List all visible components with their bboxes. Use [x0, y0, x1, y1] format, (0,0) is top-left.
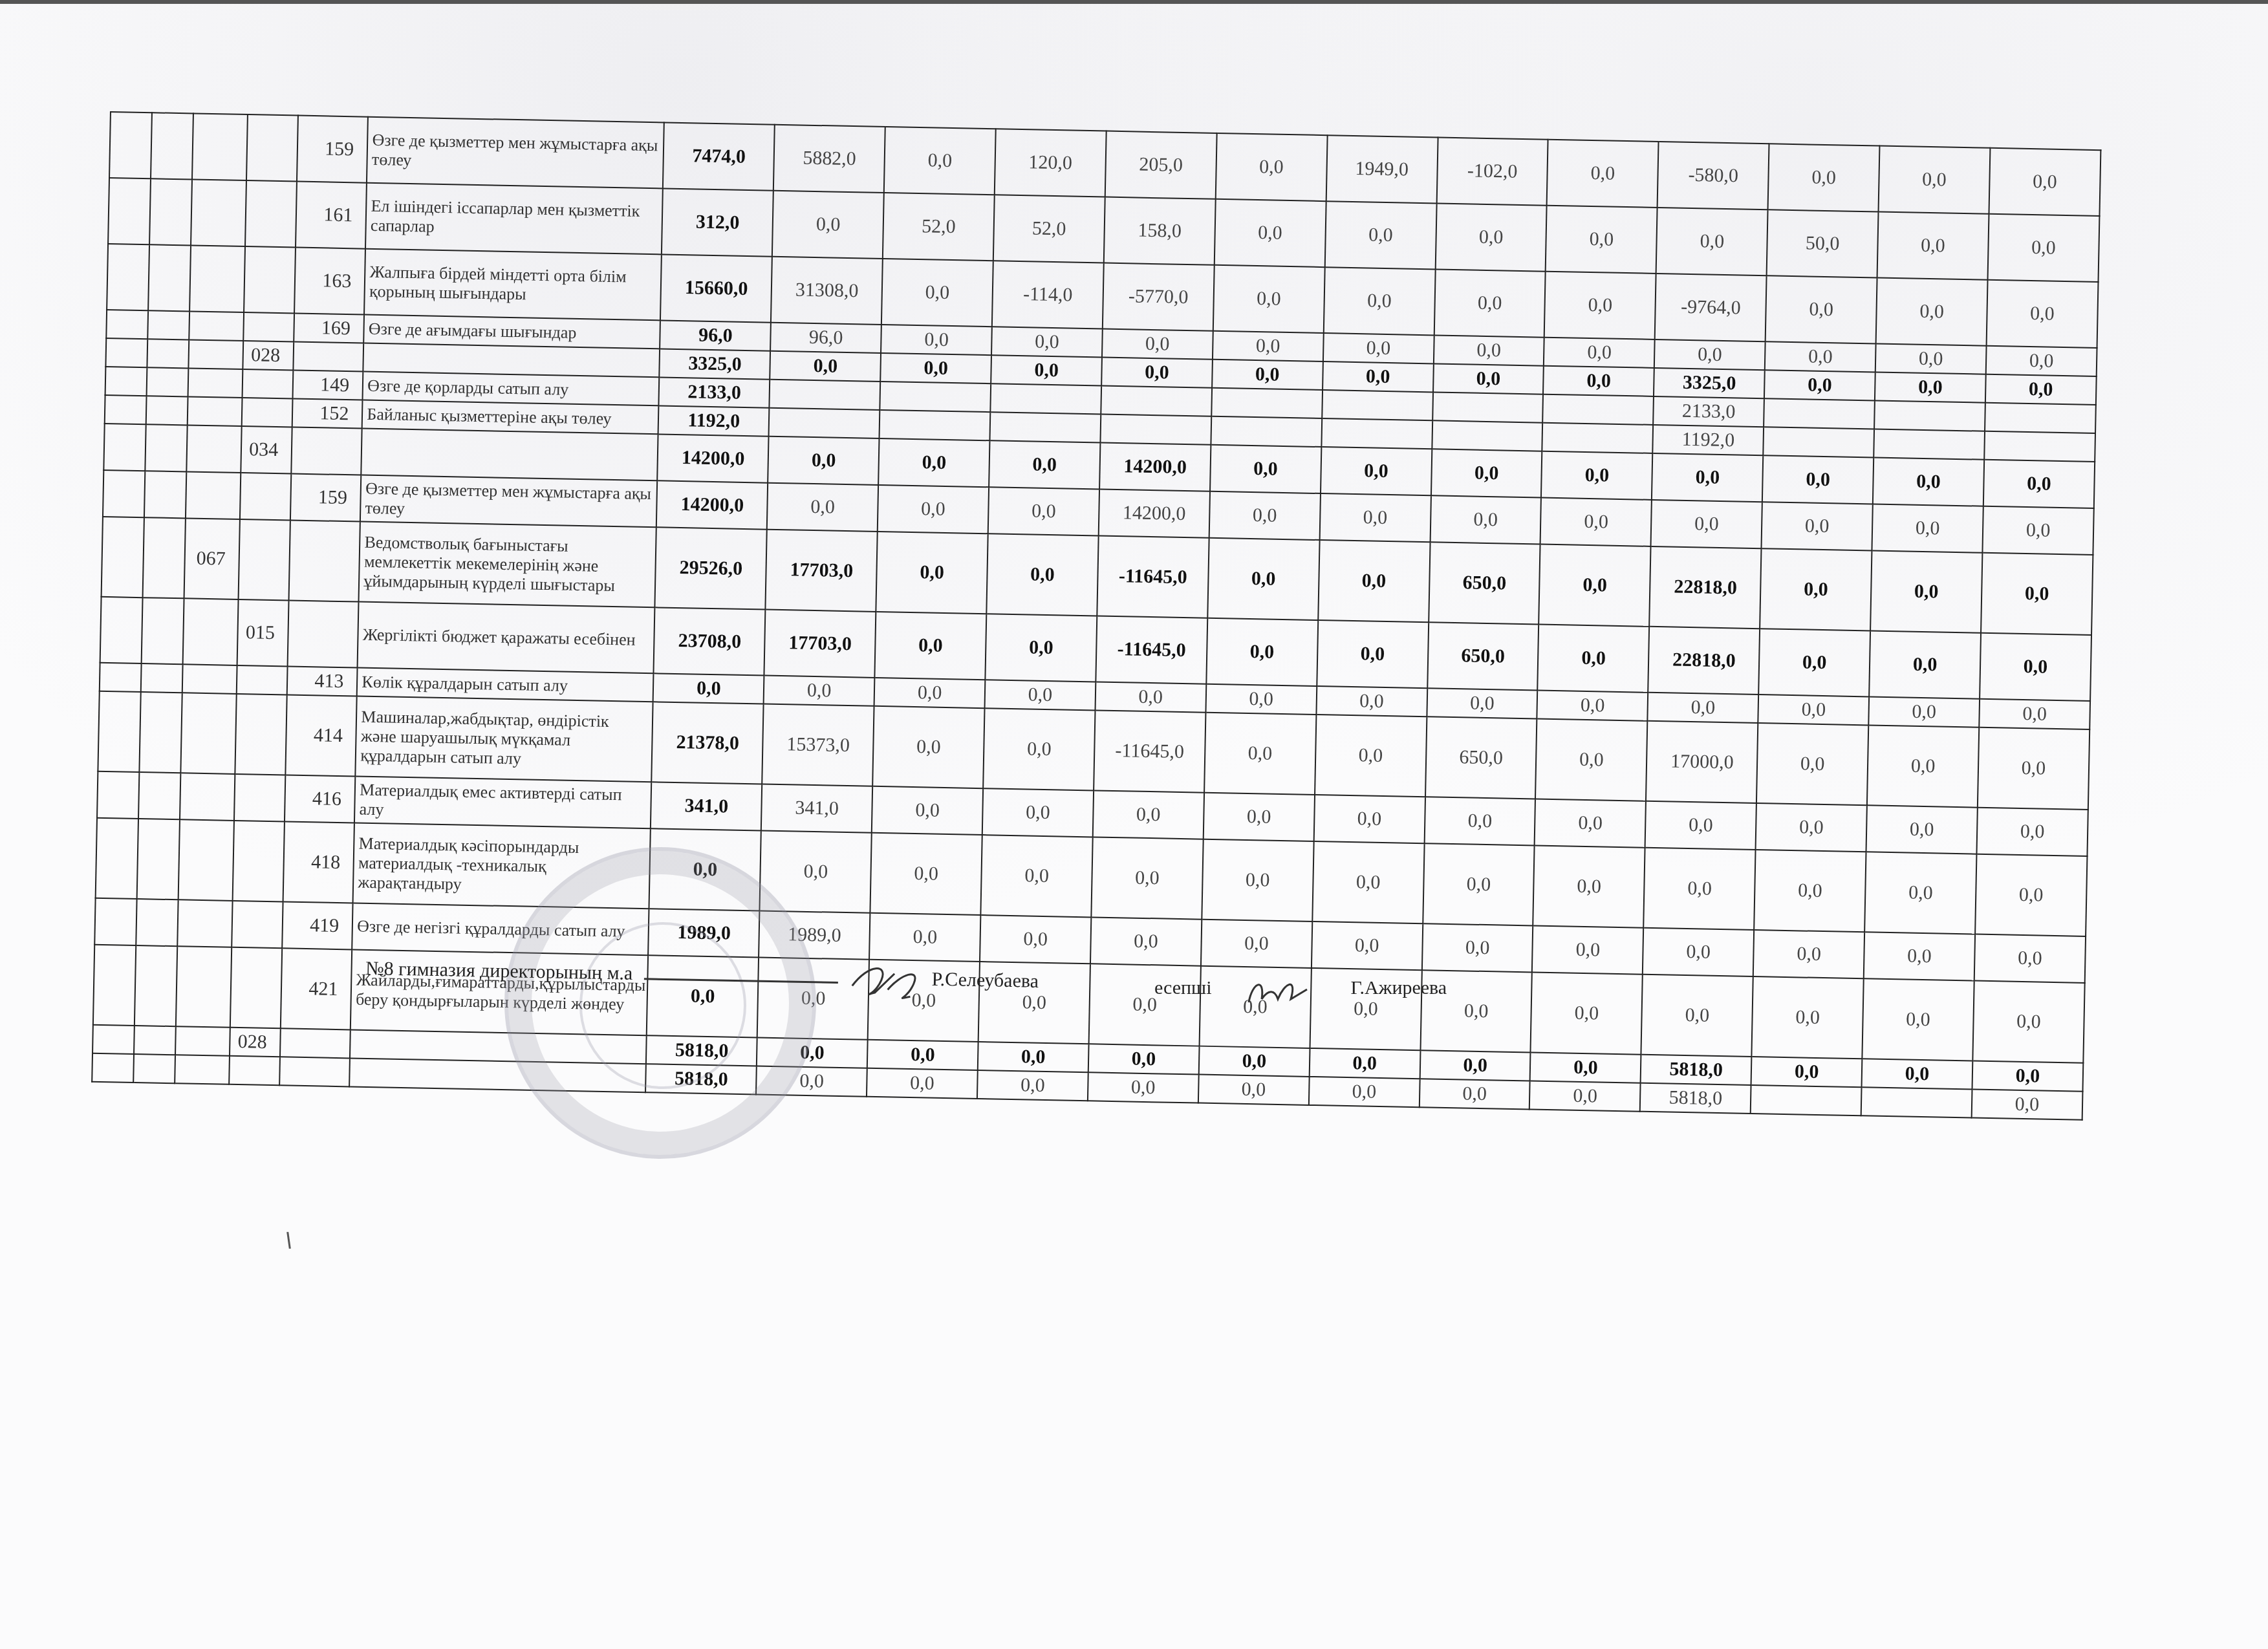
code-cell-2	[147, 339, 189, 368]
value-cell: 0,0	[1546, 206, 1658, 274]
program-code-cell	[180, 773, 235, 821]
value-cell: 0,0	[1529, 1081, 1641, 1111]
value-cell: 0,0	[653, 673, 764, 704]
subprogram-code-cell	[245, 180, 297, 247]
value-cell: 0,0	[1879, 146, 1991, 214]
value-cell: 0,0	[1216, 133, 1328, 201]
value-cell: 0,0	[1423, 843, 1535, 925]
code-cell-1	[103, 470, 145, 517]
code-cell-2	[133, 1054, 175, 1083]
item-name-cell: Материалдық емес активтерді сатып алу	[354, 776, 651, 828]
value-cell: 50,0	[1767, 210, 1879, 277]
value-cell	[1543, 394, 1654, 425]
specifics-code-cell	[280, 1028, 351, 1058]
value-cell: 0,0	[1531, 972, 1643, 1054]
value-cell: 0,0	[1537, 691, 1648, 721]
value-cell: 15373,0	[762, 704, 874, 786]
value-cell: 0,0	[1656, 208, 1768, 275]
value-cell: 0,0	[1209, 491, 1320, 540]
value-cell: 0,0	[1532, 925, 1643, 974]
program-code-cell	[178, 819, 234, 901]
value-cell: 0,0	[872, 786, 983, 835]
value-cell: 2133,0	[1653, 396, 1764, 427]
value-cell: -11645,0	[1096, 616, 1207, 684]
code-cell-1	[98, 691, 140, 772]
program-code-cell	[187, 396, 242, 426]
value-cell: 0,0	[1212, 360, 1323, 390]
value-cell: 0,0	[1535, 719, 1647, 801]
item-name-cell: Машиналар,жабдықтар, өндірістік және шар…	[356, 696, 653, 782]
value-cell: 1192,0	[658, 405, 770, 436]
director-signature-icon	[849, 960, 927, 1000]
value-cell: 0,0	[1201, 920, 1312, 968]
specifics-code-cell: 161	[296, 182, 367, 249]
value-cell: 0,0	[1869, 630, 1981, 698]
value-cell: 0,0	[1864, 852, 1976, 934]
value-cell: 0,0	[1989, 148, 2101, 216]
subprogram-code-cell	[229, 1056, 280, 1085]
specifics-code-cell: 169	[294, 314, 364, 343]
program-code-cell	[192, 113, 248, 180]
item-name-cell: Жергілікті бюджет қаражаты есебінен	[358, 602, 655, 674]
item-name-cell: Өзге де қызметтер мен жұмыстарға ақы төл…	[367, 117, 664, 189]
specifics-code-cell: 416	[285, 775, 355, 823]
value-cell: 0,0	[1317, 620, 1429, 688]
value-cell: 0,0	[1651, 500, 1762, 548]
value-cell: 31308,0	[771, 257, 883, 325]
value-cell: 17703,0	[766, 530, 878, 612]
value-cell: 0,0	[1101, 358, 1213, 388]
item-name-cell: Жалпыға бірдей міндетті орта білім қорын…	[364, 249, 662, 321]
subprogram-code-cell	[243, 312, 294, 341]
value-cell: 0,0	[1213, 331, 1324, 361]
specifics-code-cell: 163	[294, 248, 365, 315]
value-cell: 0,0	[1539, 544, 1651, 627]
value-cell: 22818,0	[1648, 627, 1760, 695]
value-cell: 0,0	[1877, 212, 1989, 280]
value-cell	[1984, 431, 2095, 462]
value-cell: 0,0	[1213, 265, 1325, 333]
stamp-inner-ring	[579, 922, 746, 1089]
code-cell-2	[147, 310, 189, 339]
value-cell: 0,0	[1751, 1057, 1863, 1087]
code-cell-1	[105, 338, 147, 367]
value-cell: 5818,0	[1641, 1055, 1752, 1085]
value-cell: 0,0	[1198, 1075, 1310, 1105]
value-cell	[1432, 420, 1543, 451]
value-cell: 0,0	[1319, 493, 1431, 542]
value-cell: 96,0	[770, 323, 881, 353]
code-cell-2	[138, 772, 180, 819]
value-cell: 0,0	[1420, 1050, 1531, 1081]
director-name: Р.Селеубаева	[931, 969, 1039, 992]
value-cell: 0,0	[1324, 201, 1436, 269]
value-cell: 0,0	[1654, 339, 1766, 370]
value-cell: 0,0	[980, 915, 1091, 964]
value-cell: 0,0	[1862, 978, 1974, 1061]
value-cell: 0,0	[884, 127, 996, 195]
value-cell: 14200,0	[1099, 489, 1210, 537]
value-cell: 0,0	[881, 259, 993, 327]
value-cell: 0,0	[1215, 199, 1326, 267]
value-cell: 15660,0	[660, 254, 772, 322]
program-code-cell	[186, 471, 241, 519]
value-cell	[880, 382, 991, 412]
value-cell	[1763, 427, 1874, 457]
value-cell	[880, 410, 991, 440]
code-cell-2	[139, 692, 182, 773]
value-cell	[1321, 418, 1432, 449]
signature-line	[644, 978, 838, 984]
program-code-cell	[182, 598, 238, 665]
value-cell: 0,0	[878, 438, 989, 487]
code-cell-1	[100, 597, 143, 663]
value-cell: 52,0	[993, 195, 1105, 263]
item-name-cell: Ведомстволық бағыныстағы мемлекеттік мек…	[359, 522, 656, 608]
code-cell-1	[100, 663, 142, 692]
value-cell: 0,0	[1421, 923, 1533, 972]
code-cell-1	[103, 424, 146, 471]
value-cell: 0,0	[1758, 629, 1870, 696]
specifics-code-cell	[294, 342, 364, 372]
code-cell-1	[94, 898, 136, 945]
value-cell: 0,0	[874, 678, 986, 708]
value-cell: 0,0	[1641, 975, 1753, 1057]
value-cell	[1100, 415, 1211, 445]
value-cell: 0,0	[880, 353, 991, 383]
value-cell: 0,0	[991, 327, 1103, 357]
value-cell: 0,0	[977, 1070, 1088, 1101]
value-cell: 0,0	[1753, 930, 1864, 978]
code-cell-2	[146, 367, 188, 396]
value-cell: 0,0	[1323, 361, 1434, 392]
value-cell	[1985, 403, 2096, 433]
value-cell: 0,0	[1540, 498, 1652, 546]
value-cell: 0,0	[1312, 841, 1424, 923]
value-cell: 0,0	[1088, 1044, 1200, 1074]
value-cell: 0,0	[1430, 495, 1541, 544]
value-cell: 0,0	[1762, 455, 1874, 504]
value-cell: 0,0	[1974, 934, 2086, 983]
program-code-cell	[175, 946, 232, 1028]
value-cell: 0,0	[1316, 686, 1427, 717]
value-cell: 0,0	[1434, 269, 1546, 337]
value-cell: 0,0	[1210, 445, 1321, 493]
value-cell: 0,0	[1979, 699, 2090, 729]
subprogram-code-cell	[237, 665, 288, 695]
value-cell: 1192,0	[1653, 425, 1764, 455]
value-cell: 0,0	[768, 436, 879, 485]
value-cell: 0,0	[988, 487, 1099, 535]
program-code-cell	[189, 245, 245, 312]
value-cell	[1211, 388, 1323, 418]
value-cell: 14200,0	[656, 480, 768, 529]
value-cell: 0,0	[1207, 538, 1319, 620]
accountant-name: Г.Ажиреева	[1351, 977, 1447, 998]
value-cell: 0,0	[1762, 502, 1873, 550]
subprogram-code-cell	[242, 398, 293, 427]
value-cell: 0,0	[1318, 540, 1430, 622]
value-cell: 0,0	[1544, 338, 1655, 368]
value-cell: 0,0	[1102, 329, 1213, 360]
value-cell: 0,0	[1204, 713, 1316, 795]
program-code-cell	[186, 425, 242, 473]
subprogram-code-cell	[232, 901, 283, 948]
value-cell	[990, 412, 1101, 442]
code-cell-1	[102, 517, 144, 598]
value-cell: -11645,0	[1094, 710, 1205, 792]
value-cell: 0,0	[1980, 633, 2091, 701]
value-cell: 0,0	[1093, 790, 1204, 839]
subprogram-code-cell: 015	[237, 599, 289, 666]
value-cell: 0,0	[1435, 203, 1547, 271]
value-cell: 0,0	[1315, 715, 1427, 797]
code-cell-1	[93, 945, 136, 1026]
program-code-cell: 067	[184, 518, 240, 599]
value-cell: 0,0	[772, 191, 884, 259]
value-cell: -11645,0	[1097, 535, 1209, 618]
value-cell: 0,0	[767, 483, 878, 532]
program-code-cell	[180, 693, 237, 774]
subprogram-code-cell	[240, 473, 292, 520]
value-cell: 52,0	[883, 193, 995, 261]
value-cell: 0,0	[1768, 144, 1880, 211]
value-cell: 0,0	[1419, 1079, 1530, 1109]
value-cell: 0,0	[1091, 837, 1203, 919]
value-cell: 0,0	[1427, 688, 1538, 718]
value-cell: 5882,0	[773, 125, 885, 193]
value-cell: 0,0	[1544, 272, 1656, 339]
code-cell-1	[105, 367, 147, 396]
value-cell: 0,0	[867, 1068, 978, 1099]
code-cell-2	[141, 598, 184, 664]
value-cell: 0,0	[1202, 839, 1313, 921]
value-cell	[1542, 423, 1654, 453]
value-cell: 0,0	[1873, 457, 1984, 506]
code-cell-2	[145, 424, 187, 471]
value-cell	[770, 380, 881, 410]
specifics-code-cell	[288, 600, 359, 667]
value-cell	[990, 383, 1101, 414]
specifics-code-cell	[289, 520, 360, 601]
value-cell: 0,0	[1760, 548, 1872, 630]
value-cell: 0,0	[1095, 682, 1206, 712]
value-cell: 0,0	[869, 913, 980, 962]
specifics-code-cell: 152	[292, 399, 363, 429]
value-cell: 0,0	[1766, 275, 1877, 343]
value-cell: 0,0	[1533, 846, 1645, 928]
value-cell: 0,0	[1752, 976, 1864, 1059]
value-cell	[1432, 392, 1544, 422]
value-cell: 14200,0	[1099, 442, 1211, 491]
value-cell: 0,0	[1872, 504, 1983, 552]
code-cell-2	[149, 178, 192, 245]
value-cell: 0,0	[1975, 854, 2087, 936]
subprogram-code-cell	[243, 369, 294, 398]
code-cell-1	[97, 771, 139, 819]
value-cell: 29526,0	[655, 527, 767, 609]
code-cell-2	[135, 945, 177, 1026]
director-label: №8 гимназия директорының м.а	[365, 958, 633, 984]
value-cell: 0,0	[1765, 341, 1876, 372]
value-cell: 650,0	[1429, 542, 1540, 624]
specifics-code-cell: 414	[286, 695, 357, 776]
code-cell-2	[148, 244, 191, 311]
program-code-cell	[188, 339, 243, 369]
value-cell: 0,0	[1309, 1048, 1420, 1079]
value-cell	[1874, 400, 1985, 431]
value-cell: 0,0	[991, 355, 1102, 385]
value-cell: 0,0	[764, 676, 875, 706]
value-cell: 0,0	[1535, 799, 1646, 848]
code-cell-1	[96, 818, 138, 899]
value-cell: 1949,0	[1326, 135, 1438, 203]
value-cell: 312,0	[662, 188, 773, 256]
code-cell-2	[151, 113, 193, 179]
value-cell: 0,0	[1756, 803, 1867, 852]
value-cell: 0,0	[1756, 723, 1868, 805]
program-code-cell	[177, 900, 233, 947]
item-name-cell: Өзге де қызметтер мен жұмыстарға ақы төл…	[360, 475, 657, 528]
value-cell: 5818,0	[1640, 1083, 1751, 1114]
accountant-signature-block: есепші Г.Ажиреева	[1154, 970, 1447, 1009]
value-cell	[1211, 416, 1322, 447]
value-cell: 0,0	[1652, 453, 1763, 502]
value-cell: 0,0	[1321, 447, 1432, 495]
value-cell: 650,0	[1427, 622, 1539, 690]
value-cell	[1861, 1087, 1972, 1117]
value-cell: 0,0	[978, 1042, 1089, 1072]
value-cell: 0,0	[1433, 363, 1544, 394]
value-cell: 0,0	[1978, 727, 2090, 810]
value-cell: 0,0	[1985, 374, 2097, 405]
value-cell: 0,0	[1972, 981, 2084, 1063]
specifics-code-cell: 419	[282, 901, 352, 949]
value-cell: 0,0	[1754, 850, 1866, 932]
value-cell: 0,0	[1986, 346, 2097, 376]
value-cell: 0,0	[1547, 140, 1659, 208]
value-cell: 0,0	[1972, 1061, 2083, 1092]
code-cell-2	[142, 517, 185, 598]
value-cell: 3325,0	[660, 349, 771, 379]
value-cell: 0,0	[1323, 333, 1434, 363]
code-cell-2	[141, 663, 183, 693]
specifics-code-cell: 159	[297, 116, 368, 183]
value-cell: 0,0	[983, 708, 1095, 790]
value-cell: 0,0	[1205, 684, 1317, 715]
program-code-cell	[188, 368, 243, 398]
subprogram-code-cell: 034	[241, 426, 292, 473]
value-cell: 0,0	[1870, 550, 1982, 632]
value-cell: 0,0	[1090, 917, 1202, 965]
subprogram-code-cell	[234, 774, 286, 821]
code-cell-2	[136, 899, 178, 946]
subprogram-code-cell	[233, 821, 285, 901]
value-cell: 0,0	[770, 351, 881, 382]
value-cell	[769, 408, 880, 438]
value-cell: 96,0	[660, 320, 772, 350]
code-cell-2	[134, 1026, 176, 1055]
code-cell-2	[136, 819, 179, 900]
value-cell: 0,0	[1983, 460, 2095, 508]
value-cell: 0,0	[1866, 805, 1978, 854]
value-cell: 0,0	[1972, 1090, 2083, 1120]
value-cell: 0,0	[1864, 932, 1975, 980]
value-cell: -114,0	[992, 261, 1104, 329]
value-cell: 23708,0	[654, 607, 766, 675]
value-cell: 0,0	[870, 833, 982, 915]
value-cell: 0,0	[1541, 451, 1652, 500]
value-cell: 0,0	[1543, 366, 1654, 396]
value-cell: 0,0	[1648, 693, 1759, 723]
code-cell-1	[92, 1053, 134, 1083]
value-cell: 341,0	[651, 782, 762, 830]
item-name-cell	[362, 429, 658, 481]
value-cell: 0,0	[1199, 1046, 1310, 1077]
value-cell: 0,0	[1312, 921, 1423, 970]
value-cell	[1101, 386, 1212, 416]
specifics-code-cell: 159	[290, 473, 361, 521]
value-cell: 0,0	[1313, 795, 1425, 843]
code-cell-1	[106, 310, 148, 339]
program-code-cell	[175, 1055, 230, 1084]
value-cell: 0,0	[1323, 267, 1435, 335]
value-cell: 0,0	[1433, 335, 1544, 365]
value-cell	[1322, 390, 1433, 420]
value-cell: 205,0	[1105, 131, 1217, 199]
value-cell: 0,0	[1204, 793, 1315, 841]
value-cell: 22818,0	[1649, 546, 1761, 629]
code-cell-1	[107, 244, 149, 310]
value-cell: 0,0	[1424, 797, 1535, 845]
value-cell: 0,0	[986, 533, 1098, 616]
program-code-cell	[191, 179, 246, 246]
value-cell: 0,0	[985, 614, 1097, 682]
program-code-cell	[182, 664, 237, 694]
item-name-cell: Ел ішіндегі іссапарлар мен қызметтік сап…	[365, 183, 663, 255]
value-cell: -9764,0	[1655, 274, 1767, 341]
code-cell-2	[146, 396, 188, 425]
value-cell: 0,0	[1982, 506, 2093, 555]
value-cell: 0,0	[875, 612, 987, 680]
value-cell: -5770,0	[1103, 263, 1215, 331]
value-cell: 0,0	[876, 532, 988, 614]
value-cell: 0,0	[1868, 696, 1980, 727]
stray-scan-mark	[286, 1232, 291, 1249]
value-cell: 0,0	[1987, 214, 2099, 282]
value-cell: 0,0	[1981, 553, 2093, 635]
accountant-label: есепші	[1154, 977, 1212, 998]
value-cell: 120,0	[995, 129, 1107, 197]
value-cell: 0,0	[878, 485, 989, 533]
value-cell: 17703,0	[764, 610, 876, 678]
value-cell: 0,0	[1088, 1072, 1199, 1103]
value-cell: 0,0	[1867, 725, 1979, 807]
value-cell: 17000,0	[1646, 721, 1758, 803]
specifics-code-cell: 418	[283, 821, 354, 903]
subprogram-code-cell: 028	[243, 341, 294, 370]
value-cell: 14200,0	[658, 434, 769, 482]
subprogram-code-cell: 028	[230, 1028, 281, 1057]
value-cell: 0,0	[1987, 280, 2099, 348]
value-cell: 0,0	[1530, 1052, 1641, 1083]
value-cell: 0,0	[1645, 801, 1756, 850]
value-cell: 158,0	[1104, 197, 1216, 265]
value-cell: 0,0	[989, 440, 1100, 489]
code-cell-2	[144, 471, 186, 518]
value-cell: 2133,0	[659, 377, 770, 407]
value-cell: 0,0	[867, 1040, 978, 1070]
